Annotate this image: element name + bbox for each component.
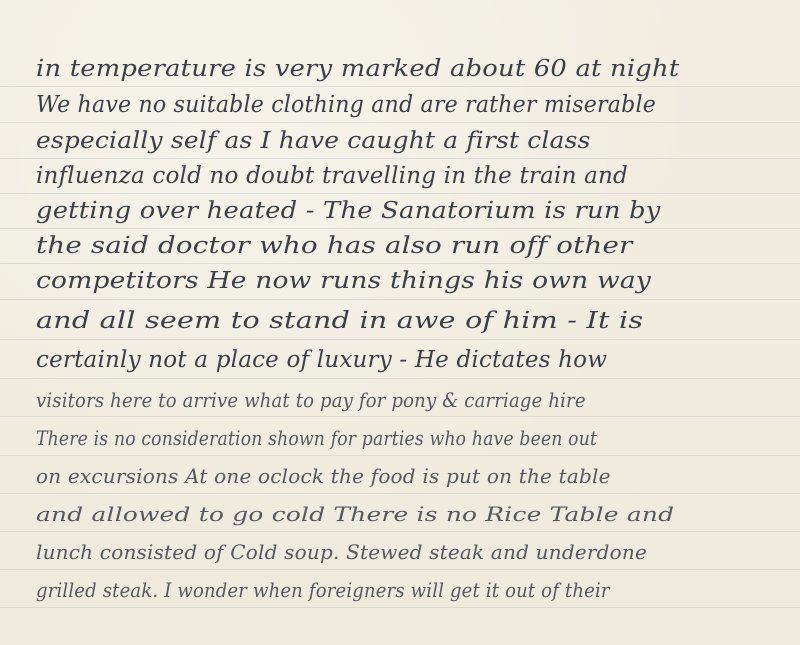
ruled-line	[0, 416, 800, 417]
handwriting-line-13: and allowed to go cold There is no Rice …	[36, 502, 674, 526]
ruled-line	[0, 455, 800, 456]
handwriting-line-7: competitors He now runs things his own w…	[36, 268, 651, 294]
ruled-line	[0, 531, 800, 532]
handwriting-line-10: visitors here to arrive what to pay for …	[36, 388, 586, 412]
handwriting-line-1: in temperature is very marked about 60 a…	[36, 56, 679, 82]
ruled-line	[0, 607, 800, 608]
handwriting-line-15: grilled steak. I wonder when foreigners …	[36, 578, 610, 602]
handwriting-line-8: and all seem to stand in awe of him - It…	[36, 308, 643, 334]
ruled-line	[0, 493, 800, 494]
handwriting-line-12: on excursions At one oclock the food is …	[36, 464, 611, 488]
handwriting-line-6: the said doctor who has also run off oth…	[36, 233, 633, 259]
ruled-line	[0, 263, 800, 264]
ruled-line	[0, 228, 800, 229]
handwriting-line-14: lunch consisted of Cold soup. Stewed ste…	[36, 540, 647, 564]
handwriting-line-2: We have no suitable clothing and are rat…	[36, 92, 656, 118]
ruled-line	[0, 193, 800, 194]
handwriting-line-3: especially self as I have caught a first…	[36, 128, 591, 154]
ruled-line	[0, 569, 800, 570]
ruled-line	[0, 122, 800, 123]
handwriting-line-5: getting over heated - The Sanatorium is …	[36, 198, 661, 224]
ruled-line	[0, 378, 800, 379]
ruled-line	[0, 158, 800, 159]
handwriting-line-9: certainly not a place of luxury - He dic…	[36, 347, 607, 373]
handwritten-page: in temperature is very marked about 60 a…	[0, 0, 800, 645]
ruled-line	[0, 86, 800, 87]
handwriting-line-4: influenza cold no doubt travelling in th…	[36, 163, 628, 189]
ruled-line	[0, 339, 800, 340]
handwriting-line-11: There is no consideration shown for part…	[36, 426, 597, 450]
ruled-line	[0, 299, 800, 300]
